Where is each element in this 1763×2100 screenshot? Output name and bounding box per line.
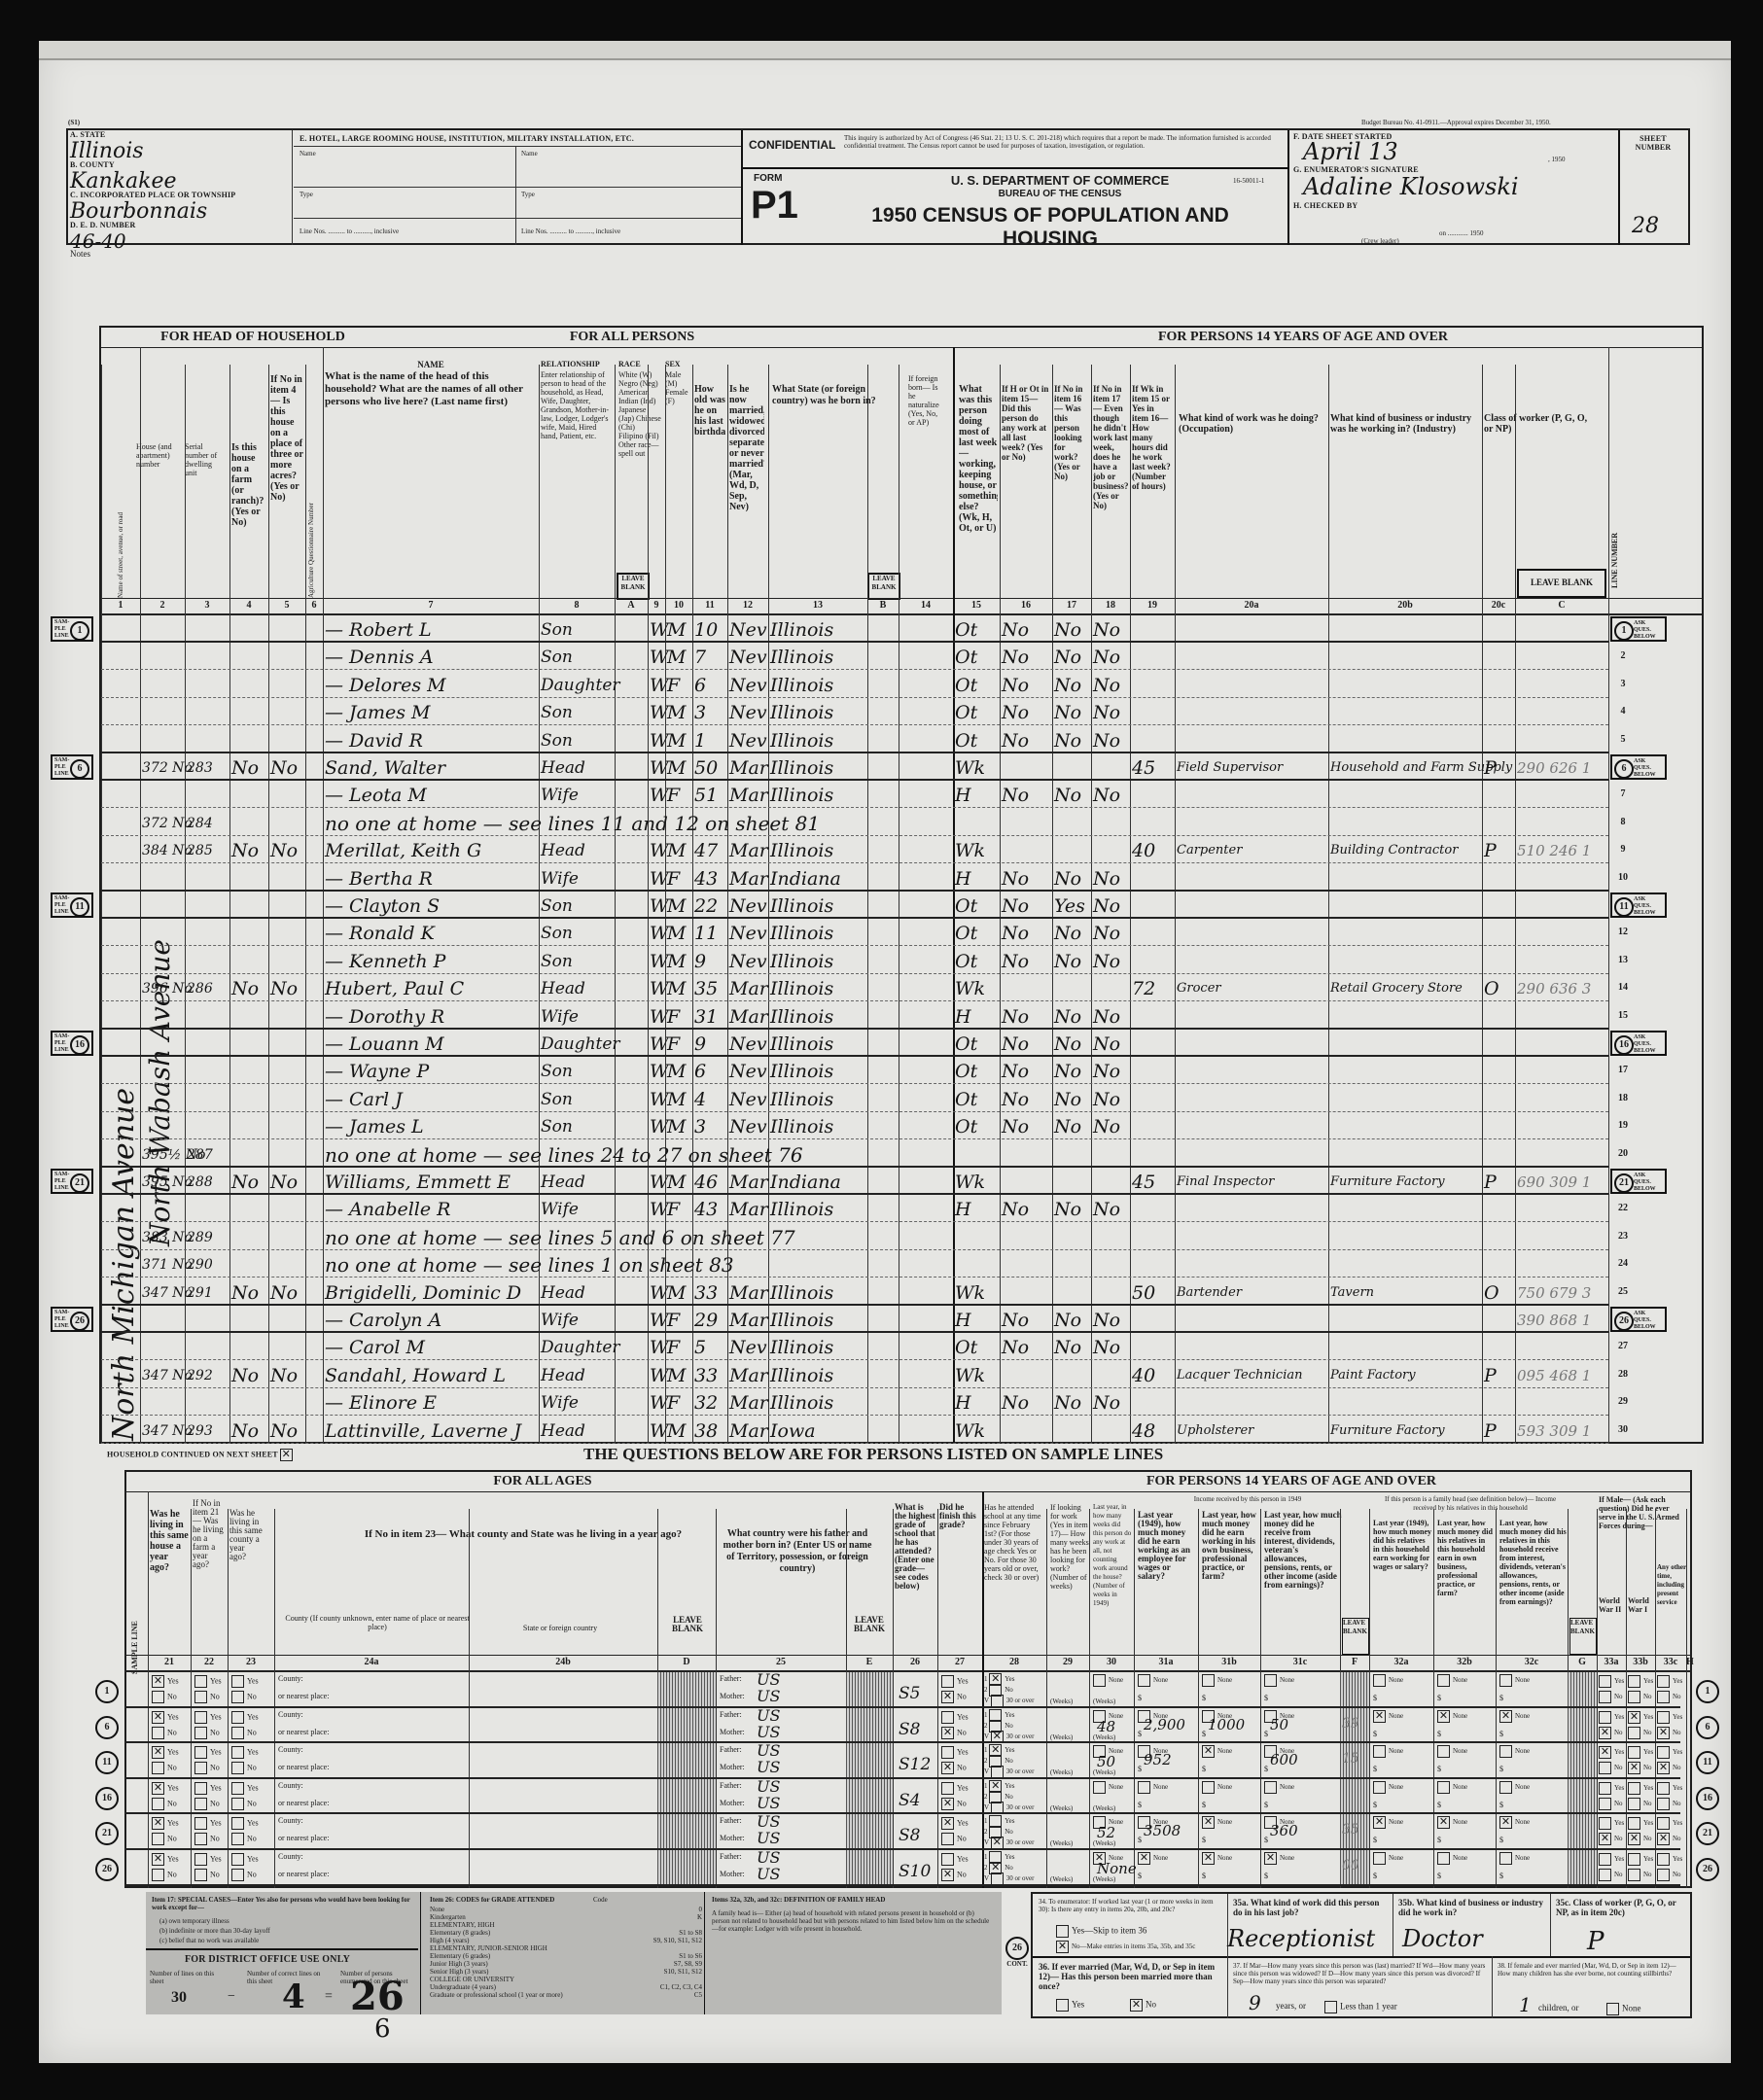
cell-sex: F (667, 1306, 690, 1333)
dollar-sign: $ (1373, 1801, 1377, 1809)
sample-row: 6✕YesNoYesNoYesNoCounty:or nearest place… (124, 1708, 1680, 1744)
cell-hours (1132, 1388, 1173, 1416)
c21-no-label: No (167, 1870, 177, 1878)
cell-birthplace: Illinois (770, 1388, 865, 1416)
c32a-none-checkbox[interactable]: ✕ (1373, 1816, 1386, 1829)
cell-house: 396 No (142, 974, 183, 1001)
c23-no-checkbox[interactable] (231, 1869, 244, 1881)
q38-none-option[interactable]: None (1606, 2003, 1641, 2015)
c23-no-label: No (247, 1764, 257, 1772)
c28-over30-label: 30 or over (1006, 1874, 1035, 1882)
grade-code-value: S1 to S6 (679, 1952, 702, 1960)
c33b-no-label: No (1643, 1693, 1652, 1700)
cell-serial (187, 1306, 228, 1333)
q36-yes-option[interactable]: Yes (1056, 1999, 1084, 2012)
c33c-yes-checkbox[interactable] (1657, 1782, 1670, 1795)
cell-industry (1330, 1306, 1480, 1333)
form-title: 1950 CENSUS OF POPULATION AND HOUSING (827, 204, 1274, 251)
cell-class (1484, 698, 1513, 725)
column-number: 9 (648, 600, 665, 611)
cell-race: W (650, 1057, 663, 1084)
hdr-col8: RELATIONSHIP Enter relationship of perso… (541, 359, 613, 592)
c32c-none-checkbox[interactable] (1499, 1852, 1512, 1865)
cell-activity: Ot (955, 726, 998, 753)
c33c-yes-checkbox[interactable] (1657, 1746, 1670, 1759)
c32c-none-checkbox[interactable] (1499, 1745, 1512, 1758)
dollar-sign: $ (1499, 1730, 1503, 1738)
c33b-no-checkbox[interactable]: ✕ (1628, 1833, 1640, 1845)
cell-birthplace: Illinois (770, 753, 865, 781)
cell-farm (231, 615, 266, 643)
c33b-yes-checkbox[interactable] (1628, 1817, 1640, 1830)
cell-acres: No (270, 974, 303, 1001)
date-value: April 13 (1303, 138, 1398, 165)
last-line-circle: 26 (1005, 1937, 1029, 1960)
c31a-none-checkbox[interactable]: ✕ (1138, 1852, 1150, 1865)
c28-over30-checkbox[interactable] (991, 1766, 1004, 1778)
c22-yes-checkbox[interactable] (194, 1711, 207, 1724)
q35a-value: Receptionist (1227, 1925, 1375, 1952)
c21-yes-checkbox[interactable]: ✕ (152, 1675, 164, 1688)
c33a-no-checkbox[interactable]: ✕ (1599, 1833, 1611, 1845)
c33c-yes-checkbox[interactable] (1657, 1711, 1670, 1724)
c32a-none-checkbox[interactable] (1373, 1852, 1386, 1865)
c32c-none-checkbox[interactable] (1499, 1781, 1512, 1794)
c32c-none-checkbox[interactable] (1499, 1674, 1512, 1687)
c33a-yes-checkbox[interactable] (1599, 1817, 1611, 1830)
c21-no-checkbox[interactable] (152, 1869, 164, 1881)
c27-no-checkbox[interactable]: ✕ (941, 1727, 954, 1739)
column-number: 13 (768, 600, 867, 611)
c33b-no-checkbox[interactable] (1628, 1798, 1640, 1810)
cell-serial (187, 643, 228, 670)
cell-looking (1054, 836, 1089, 863)
c33b-yes-checkbox[interactable] (1628, 1782, 1640, 1795)
c33a-no-checkbox[interactable] (1599, 1798, 1611, 1810)
c27-no-label: No (957, 1764, 967, 1772)
line-number: 9 (1612, 844, 1634, 855)
c23-yes-checkbox[interactable] (231, 1746, 244, 1759)
c33a-yes-checkbox[interactable]: ✕ (1599, 1746, 1611, 1759)
c31b-none-checkbox[interactable]: ✕ (1202, 1745, 1215, 1758)
c31c-none-checkbox[interactable]: ✕ (1264, 1852, 1277, 1865)
c23-no-checkbox[interactable] (231, 1691, 244, 1703)
c28-over30-checkbox[interactable]: ✕ (991, 1837, 1004, 1849)
cell-race: W (650, 947, 663, 974)
c22-no-checkbox[interactable] (194, 1798, 207, 1810)
c33c-no-checkbox[interactable]: ✕ (1657, 1833, 1670, 1845)
hdr-col9-title: RACE (618, 359, 661, 370)
c27-yes-label: Yes (957, 1712, 969, 1721)
c33a-no-checkbox[interactable] (1599, 1762, 1611, 1774)
c32a-none-label: None (1389, 1819, 1403, 1827)
s-hdr-31c: Last year, how much money did he receive… (1264, 1511, 1342, 1657)
cell-sex: F (667, 1195, 690, 1222)
cell-acres (270, 781, 303, 808)
c27-no-checkbox[interactable] (941, 1833, 954, 1845)
s-hdr-G: LEAVE BLANK (1569, 1618, 1597, 1655)
county-label: County: (278, 1674, 303, 1683)
q34-no-checkbox[interactable]: ✕ (1056, 1941, 1069, 1953)
c23-yes-checkbox[interactable] (231, 1675, 244, 1688)
c22-yes-label: Yes (210, 1854, 222, 1863)
c27-yes-label: Yes (957, 1676, 969, 1685)
c21-yes-checkbox[interactable]: ✕ (152, 1853, 164, 1866)
cell-worked (1002, 1417, 1050, 1444)
cell-name: — Elinore E (325, 1388, 537, 1416)
c30-none-checkbox[interactable] (1093, 1674, 1106, 1687)
cell-serial: 286 (187, 974, 228, 1001)
c21-no-checkbox[interactable] (152, 1833, 164, 1845)
cell-acres (270, 1002, 303, 1030)
q36-no-checkbox[interactable]: ✕ (1130, 1999, 1143, 2012)
cell-looking: No (1054, 1002, 1089, 1030)
c21-no-label: No (167, 1764, 177, 1772)
c23-no-checkbox[interactable] (231, 1762, 244, 1774)
c23-no-checkbox[interactable] (231, 1727, 244, 1739)
c23-yes-checkbox[interactable] (231, 1853, 244, 1866)
cell-rel: Head (541, 1361, 613, 1388)
q37-less-checkbox[interactable] (1324, 2001, 1337, 2013)
c21-no-label: No (167, 1799, 177, 1807)
c33c-no-checkbox[interactable] (1657, 1691, 1670, 1703)
line-number: 8 (1612, 817, 1634, 827)
cell-codes: 290 636 3 (1517, 974, 1606, 1001)
q38-none-checkbox[interactable] (1606, 2003, 1619, 2015)
cell-acres: No (270, 1361, 303, 1388)
c22-no-checkbox[interactable] (194, 1833, 207, 1845)
c32a-none-label: None (1389, 1676, 1403, 1684)
q36-yes-label: Yes (1072, 2000, 1084, 2010)
c33a-no-label: No (1614, 1871, 1623, 1878)
mother-birthplace: US (757, 1687, 780, 1705)
c23-yes-checkbox[interactable] (231, 1711, 244, 1724)
cell-class: O (1484, 974, 1513, 1001)
cell-occupation (1177, 1057, 1326, 1084)
q36-no-option[interactable]: ✕No (1130, 1999, 1156, 2012)
c32a-none-label: None (1389, 1854, 1403, 1862)
c28-over30-label: 30 or over (1006, 1767, 1035, 1775)
q37-less-label: Less than 1 year (1340, 2002, 1397, 2012)
c31a-none-checkbox[interactable] (1138, 1674, 1150, 1687)
ask-line-number: 16 (1614, 1035, 1634, 1055)
cell-serial: 290 (187, 1250, 228, 1277)
grade-codes-header: Code (593, 1896, 608, 1904)
c21-no-checkbox[interactable] (152, 1727, 164, 1739)
c33c-no-checkbox[interactable] (1657, 1798, 1670, 1810)
q35a-label: 35a. What kind of work did this person d… (1233, 1898, 1389, 1917)
cell-hours (1132, 1002, 1173, 1030)
c28-over30-checkbox[interactable] (991, 1802, 1004, 1814)
q34-no-option[interactable]: ✕No—Make entries in items 35a, 35b, and … (1056, 1941, 1195, 1953)
c22-yes-checkbox[interactable] (194, 1675, 207, 1688)
dollar-sign: $ (1138, 1872, 1142, 1880)
grade-code-value: 0 (699, 1906, 703, 1913)
c33b-yes-checkbox[interactable]: ✕ (1628, 1711, 1640, 1724)
dollar-sign: $ (1264, 1694, 1268, 1702)
cell-activity: Ot (955, 1030, 998, 1057)
cell-has-job (1093, 1417, 1128, 1444)
c33c-no-checkbox[interactable] (1657, 1869, 1670, 1881)
c21-yes-checkbox[interactable]: ✕ (152, 1746, 164, 1759)
cell-occupation (1177, 1112, 1326, 1139)
c33a-yes-checkbox[interactable] (1599, 1675, 1611, 1688)
c32b-none-checkbox[interactable]: ✕ (1437, 1710, 1450, 1723)
hdr-line-number: LINE NUMBER (1610, 481, 1624, 588)
cell-codes (1517, 1002, 1606, 1030)
cell-worked (1002, 836, 1050, 863)
c33c-yes-checkbox[interactable] (1657, 1817, 1670, 1830)
c33c-no-label: No (1673, 1764, 1681, 1771)
c27-no-checkbox[interactable]: ✕ (941, 1691, 954, 1703)
family-head-text: A family head is— Either (a) head of hou… (712, 1909, 994, 1933)
hdr-col7: NAME What is the name of the head of thi… (325, 359, 537, 592)
cell-house (142, 781, 183, 808)
cell-farm: No (231, 1417, 266, 1444)
dollar-sign: $ (1202, 1694, 1206, 1702)
weeks-label: (Weeks) (1093, 1697, 1115, 1705)
c33b-yes-checkbox[interactable] (1628, 1853, 1640, 1866)
cell-looking: No (1054, 671, 1089, 698)
c33b-yes-checkbox[interactable] (1628, 1746, 1640, 1759)
c21-no-checkbox[interactable] (152, 1691, 164, 1703)
highest-grade: S10 (899, 1862, 931, 1881)
c22-yes-checkbox[interactable] (194, 1746, 207, 1759)
c33c-no-checkbox[interactable]: ✕ (1657, 1727, 1670, 1739)
cell-age: 33 (694, 1278, 725, 1306)
c23-no-checkbox[interactable] (231, 1833, 244, 1845)
line-number: 25 (1612, 1286, 1634, 1297)
c22-yes-checkbox[interactable] (194, 1853, 207, 1866)
c33a-no-label: No (1614, 1729, 1623, 1736)
c22-no-checkbox[interactable] (194, 1762, 207, 1774)
c31c-none-checkbox[interactable] (1264, 1674, 1277, 1687)
cell-name: — Ronald K (325, 919, 537, 946)
table-row: — Robert LSonWM10NevIllinoisOtNoNoNo (101, 615, 1608, 643)
sample-line-label: SAMPLE LINE (130, 1587, 142, 1674)
c27-no-checkbox[interactable]: ✕ (941, 1762, 954, 1774)
line-number: 28 (1612, 1369, 1634, 1380)
cell-birthplace: Illinois (770, 974, 865, 1001)
cell-house (142, 1002, 183, 1030)
c32b-none-checkbox[interactable] (1437, 1781, 1450, 1794)
c23-yes-checkbox[interactable] (231, 1782, 244, 1795)
c33c-no-checkbox[interactable]: ✕ (1657, 1762, 1670, 1774)
column-number: 2 (140, 600, 185, 611)
state-label: a. STATE (70, 130, 284, 139)
cell-occupation (1177, 698, 1326, 725)
c27-yes-checkbox[interactable] (941, 1782, 954, 1795)
c30-none-checkbox[interactable] (1093, 1781, 1106, 1794)
sample-line-tag: SAM-PLELINE16 (51, 1031, 93, 1056)
c33c-yes-label: Yes (1673, 1820, 1682, 1828)
c22-no-checkbox[interactable] (194, 1691, 207, 1703)
cell-industry (1330, 1333, 1480, 1360)
c21-yes-checkbox[interactable]: ✕ (152, 1711, 164, 1724)
cell-codes (1517, 698, 1606, 725)
c21-yes-checkbox[interactable]: ✕ (152, 1817, 164, 1830)
q34-no-label: No—Make entries in items 35a, 35b, and 3… (1072, 1942, 1195, 1950)
c21-no-checkbox[interactable] (152, 1798, 164, 1810)
c22-yes-checkbox[interactable] (194, 1817, 207, 1830)
inst-type-label-1: Type (300, 191, 313, 198)
c33a-no-checkbox[interactable] (1599, 1869, 1611, 1881)
cell-marital: Mar (729, 1278, 766, 1306)
cell-class (1484, 1333, 1513, 1360)
cell-codes (1517, 1030, 1606, 1057)
q34-yes-option[interactable]: Yes—Skip to item 36 (1056, 1925, 1146, 1938)
cell-worked (1002, 1278, 1050, 1306)
c33b-no-checkbox[interactable] (1628, 1727, 1640, 1739)
cell-industry (1330, 1085, 1480, 1112)
sample-line-circle-right: 11 (1696, 1751, 1719, 1774)
cell-age: 1 (694, 726, 725, 753)
cell-age: 51 (694, 781, 725, 808)
c33a-no-checkbox[interactable]: ✕ (1599, 1727, 1611, 1739)
cell-looking: Yes (1054, 892, 1089, 919)
c33c-yes-checkbox[interactable] (1657, 1675, 1670, 1688)
mother-birthplace: US (757, 1794, 780, 1812)
c22-yes-label: Yes (210, 1819, 222, 1828)
weeks-label: (Weeks) (1093, 1768, 1115, 1776)
c33b-no-checkbox[interactable] (1628, 1869, 1640, 1881)
cell-house (142, 671, 183, 698)
cell-race: W (650, 1085, 663, 1112)
q36-yes-checkbox[interactable] (1056, 1999, 1069, 2012)
c33c-yes-checkbox[interactable] (1657, 1853, 1670, 1866)
c31c-none-label: None (1280, 1676, 1294, 1684)
s-hdr-27: Did he finish this grade? (939, 1503, 980, 1649)
c28-over30-label: 30 or over (1006, 1732, 1035, 1740)
ask-questions-below-tag: 11ASKQUES.BELOW (1610, 892, 1667, 918)
cell-class (1484, 671, 1513, 698)
c27-no-checkbox[interactable]: ✕ (941, 1798, 954, 1810)
c32b-none-checkbox[interactable] (1437, 1852, 1450, 1865)
c31b-none-checkbox[interactable] (1202, 1781, 1215, 1794)
line-number: 23 (1612, 1231, 1634, 1242)
c23-yes-checkbox[interactable] (231, 1817, 244, 1830)
c27-yes-checkbox[interactable] (941, 1711, 954, 1724)
dollar-sign: $ (1373, 1872, 1377, 1880)
cell-age: 33 (694, 1361, 725, 1388)
c32a-none-checkbox[interactable] (1373, 1745, 1386, 1758)
c32b-none-checkbox[interactable]: ✕ (1437, 1816, 1450, 1829)
cell-activity: Wk (955, 974, 998, 1001)
c28-over30-checkbox[interactable] (991, 1872, 1004, 1885)
c31a-none-checkbox[interactable] (1138, 1781, 1150, 1794)
c27-yes-checkbox[interactable] (941, 1746, 954, 1759)
c33a-yes-checkbox[interactable] (1599, 1711, 1611, 1724)
c31b-none-checkbox[interactable] (1202, 1674, 1215, 1687)
cell-hours (1132, 1306, 1173, 1333)
q37-less-option[interactable]: Less than 1 year (1324, 2001, 1397, 2013)
c22-yes-label: Yes (210, 1676, 222, 1685)
c27-no-checkbox[interactable]: ✕ (941, 1869, 954, 1881)
c23-no-checkbox[interactable] (231, 1798, 244, 1810)
cell-race: W (650, 864, 663, 892)
c22-no-checkbox[interactable] (194, 1727, 207, 1739)
sample-line-circle-right: 16 (1696, 1787, 1719, 1810)
cell-industry (1330, 615, 1480, 643)
c21-yes-checkbox[interactable]: ✕ (152, 1782, 164, 1795)
c32b-none-checkbox[interactable] (1437, 1674, 1450, 1687)
c21-no-checkbox[interactable] (152, 1762, 164, 1774)
hdr-col18: If No in item 17— Even though he didn't … (1093, 384, 1128, 598)
table-row: 347 No293NoNoLattinville, Laverne JHeadW… (101, 1417, 1608, 1444)
c33a-no-checkbox[interactable] (1599, 1691, 1611, 1703)
c32a-none-checkbox[interactable] (1373, 1674, 1386, 1687)
sample-banner: THE QUESTIONS BELOW ARE FOR PERSONS LIST… (583, 1445, 1163, 1464)
c27-yes-checkbox[interactable] (941, 1853, 954, 1866)
cell-acres (270, 864, 303, 892)
c23-no-label: No (247, 1692, 257, 1700)
mother-birthplace: US (757, 1723, 780, 1741)
district-correct-value: 4 (282, 1977, 305, 2016)
table-row: — Bertha RWifeWF43MarIndianaHNoNoNo (101, 864, 1608, 892)
cell-codes (1517, 947, 1606, 974)
household-continued-label: HOUSEHOLD CONTINUED ON NEXT SHEET (107, 1450, 278, 1458)
c33b-yes-checkbox[interactable] (1628, 1675, 1640, 1688)
sample-column-number: 32a (1369, 1657, 1433, 1667)
ask-line-number: 6 (1614, 759, 1634, 779)
c27-yes-checkbox[interactable] (941, 1675, 954, 1688)
cell-industry (1330, 671, 1480, 698)
c32b-none-checkbox[interactable] (1437, 1745, 1450, 1758)
c28-over30-checkbox[interactable]: ✕ (991, 1731, 1004, 1743)
line-number: 2 (1612, 650, 1634, 661)
cell-sex: F (667, 864, 690, 892)
household-continued-checkbox[interactable]: ✕ (280, 1449, 293, 1461)
c33b-no-checkbox[interactable]: ✕ (1628, 1762, 1640, 1774)
q34-yes-checkbox[interactable] (1056, 1925, 1069, 1938)
cell-house (142, 1112, 183, 1139)
c28-over30-checkbox[interactable] (991, 1695, 1004, 1707)
cell-rel: Son (541, 1057, 613, 1084)
dollar-sign: $ (1437, 1694, 1441, 1702)
line-number: 10 (1612, 872, 1634, 883)
cell-class (1484, 892, 1513, 919)
c31b-none-checkbox[interactable]: ✕ (1202, 1852, 1215, 1865)
c33a-yes-checkbox[interactable] (1599, 1853, 1611, 1866)
c22-yes-checkbox[interactable] (194, 1782, 207, 1795)
c22-no-checkbox[interactable] (194, 1869, 207, 1881)
column-number: C (1515, 600, 1608, 611)
q38-value: 1 (1519, 1993, 1532, 2016)
c32c-none-label: None (1515, 1854, 1530, 1862)
q37-suffix: years, or (1276, 2001, 1306, 2011)
c32a-none-checkbox[interactable]: ✕ (1373, 1710, 1386, 1723)
c23-yes-label: Yes (247, 1748, 259, 1757)
weeks-label: (Weeks) (1050, 1768, 1073, 1776)
cell-marital: Nev (729, 919, 766, 946)
c27-yes-checkbox[interactable]: ✕ (941, 1817, 954, 1830)
cell-name: Sandahl, Howard L (325, 1361, 537, 1388)
cell-serial: 285 (187, 836, 228, 863)
c32c-none-checkbox[interactable]: ✕ (1499, 1710, 1512, 1723)
dollar-sign: $ (1499, 1872, 1503, 1880)
c32c-none-checkbox[interactable]: ✕ (1499, 1816, 1512, 1829)
dollar-sign: $ (1264, 1872, 1268, 1880)
sample-row: 16✕YesNoYesNoYesNoCounty:or nearest plac… (124, 1779, 1680, 1815)
c32a-none-checkbox[interactable] (1373, 1781, 1386, 1794)
cell-serial: 292 (187, 1361, 228, 1388)
c33a-yes-checkbox[interactable] (1599, 1782, 1611, 1795)
c31b-none-checkbox[interactable]: ✕ (1202, 1816, 1215, 1829)
county-label: b. COUNTY (70, 160, 284, 169)
c33b-no-checkbox[interactable] (1628, 1691, 1640, 1703)
s-hdr-31b: Last year, how much money did he earn wo… (1202, 1511, 1260, 1657)
c31c-none-checkbox[interactable] (1264, 1781, 1277, 1794)
